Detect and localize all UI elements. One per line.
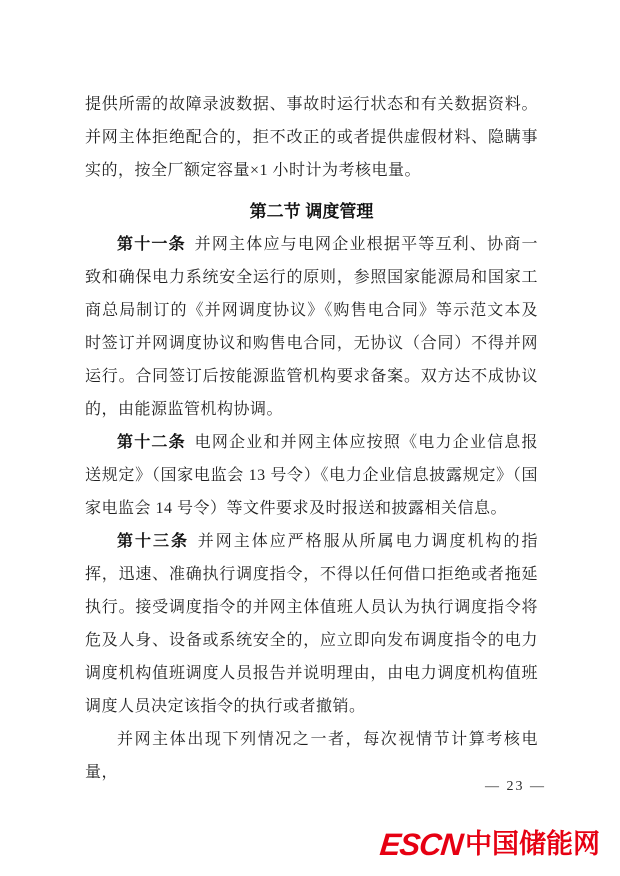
site-logo: ESCN中国储能网 [380, 829, 600, 866]
site-logo-latin: ESCN [378, 830, 463, 860]
article-11-label: 第十一条 [117, 236, 186, 253]
article-paragraph-13: 第十三条并网主体应严格服从所属电力调度机构的指挥，迅速、准确执行调度指令，不得以… [85, 525, 538, 723]
site-logo-cjk: 中国储能网 [465, 829, 600, 859]
paragraph-continuation: 提供所需的故障录波数据、事故时运行状态和有关数据资料。并网主体拒绝配合的，拒不改… [85, 88, 538, 187]
article-paragraph-11: 第十一条并网主体应与电网企业根据平等互利、协商一致和确保电力系统安全运行的原则，… [85, 228, 538, 426]
article-11-text: 并网主体应与电网企业根据平等互利、协商一致和确保电力系统安全运行的原则，参照国家… [85, 236, 538, 418]
article-13-label: 第十三条 [117, 533, 189, 550]
page-number: — 23 — [485, 779, 546, 795]
article-13-text: 并网主体应严格服从所属电力调度机构的指挥，迅速、准确执行调度指令，不得以任何借口… [85, 533, 538, 715]
article-paragraph-12: 第十二条电网企业和并网主体应按照《电力企业信息报送规定》（国家电监会 13 号令… [85, 426, 538, 525]
paragraph-closing: 并网主体出现下列情况之一者，每次视情节计算考核电量， [85, 723, 538, 789]
article-12-label: 第十二条 [117, 434, 186, 451]
document-body: 提供所需的故障录波数据、事故时运行状态和有关数据资料。并网主体拒绝配合的，拒不改… [85, 88, 538, 789]
document-page: 提供所需的故障录波数据、事故时运行状态和有关数据资料。并网主体拒绝配合的，拒不改… [0, 0, 620, 876]
section-heading: 第二节 调度管理 [85, 195, 538, 228]
